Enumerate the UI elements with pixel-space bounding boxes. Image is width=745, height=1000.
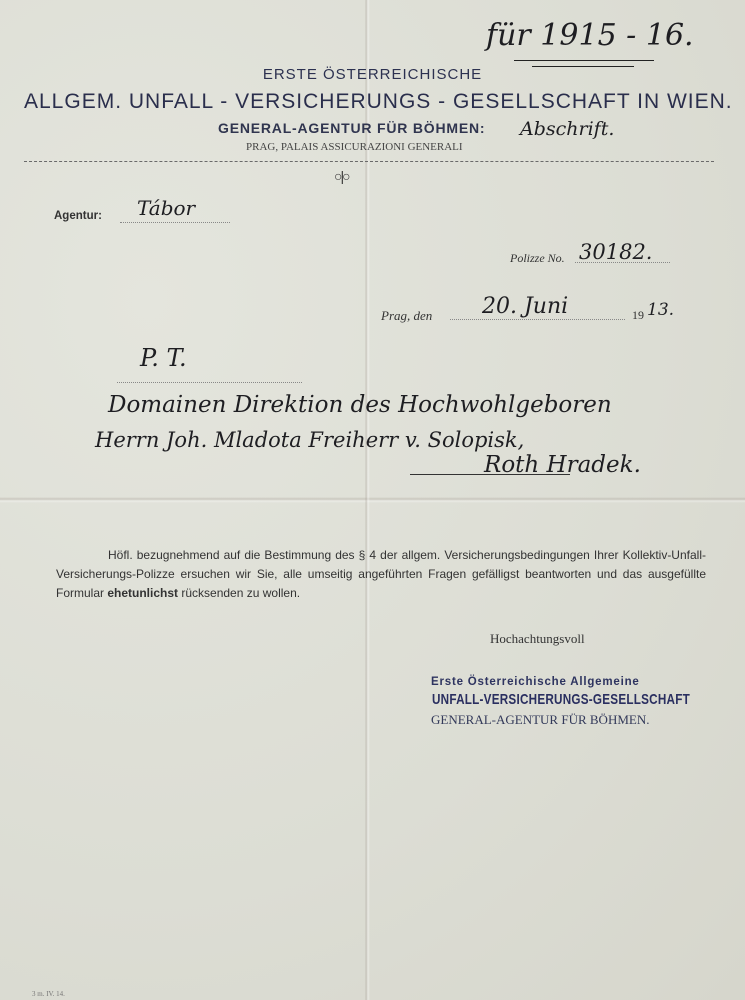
- stamp-line1: Erste Österreichische Allgemeine: [431, 676, 640, 688]
- date-year-suffix: 13.: [647, 300, 674, 320]
- ornament-icon: ○|○: [334, 168, 349, 184]
- body-text-part2: rücksenden zu wollen.: [178, 586, 300, 600]
- annotation-underline: [514, 60, 654, 61]
- polizze-label: Polizze No.: [510, 251, 565, 266]
- body-text-emphasis: ehetunlichst: [107, 586, 178, 600]
- handwritten-year-annotation: für 1915 - 16.: [486, 18, 694, 53]
- closing-text: Hochachtungsvoll: [490, 631, 585, 647]
- body-paragraph: Höfl. bezugnehmend auf die Bestimmung de…: [56, 546, 706, 603]
- footer-print-code: 3 m. IV. 14.: [32, 990, 65, 998]
- addressee-underline: [410, 474, 570, 475]
- addressee-line2: Herrn Joh. Mladota Freiherr v. Solopisk,: [95, 428, 524, 452]
- letterhead-company-name: ALLGEM. UNFALL - VERSICHERUNGS - GESELLS…: [24, 90, 733, 114]
- polizze-number: 30182.: [579, 240, 652, 264]
- annotation-text: für 1915 - 16.: [486, 18, 694, 53]
- stamp-line3: GENERAL-AGENTUR FÜR BÖHMEN.: [431, 712, 649, 728]
- salutation-line: [117, 382, 302, 383]
- handwritten-copy-note: Abschrift.: [520, 118, 614, 140]
- addressee-line1: Domainen Direktion des Hochwohlgeboren: [108, 392, 612, 418]
- letterhead-line1: ERSTE ÖSTERREICHISCHE: [0, 66, 745, 83]
- date-field-line: [450, 319, 625, 320]
- letterhead-divider: [24, 161, 714, 162]
- date-day-month: 20. Juni: [482, 294, 568, 319]
- salutation: P. T.: [140, 344, 187, 372]
- date-year-prefix: 19: [632, 308, 644, 323]
- agentur-label: Agentur:: [54, 210, 102, 222]
- agentur-field-line: [120, 222, 230, 223]
- letterhead-address: PRAG, PALAIS ASSICURAZIONI GENERALI: [246, 141, 463, 153]
- stamp-line2: UNFALL-VERSICHERUNGS-GESELLSCHAFT: [432, 691, 690, 708]
- letterhead-agency: GENERAL-AGENTUR FÜR BÖHMEN:: [218, 120, 485, 136]
- date-prefix: Prag, den: [381, 308, 432, 324]
- agentur-value: Tábor: [137, 196, 195, 220]
